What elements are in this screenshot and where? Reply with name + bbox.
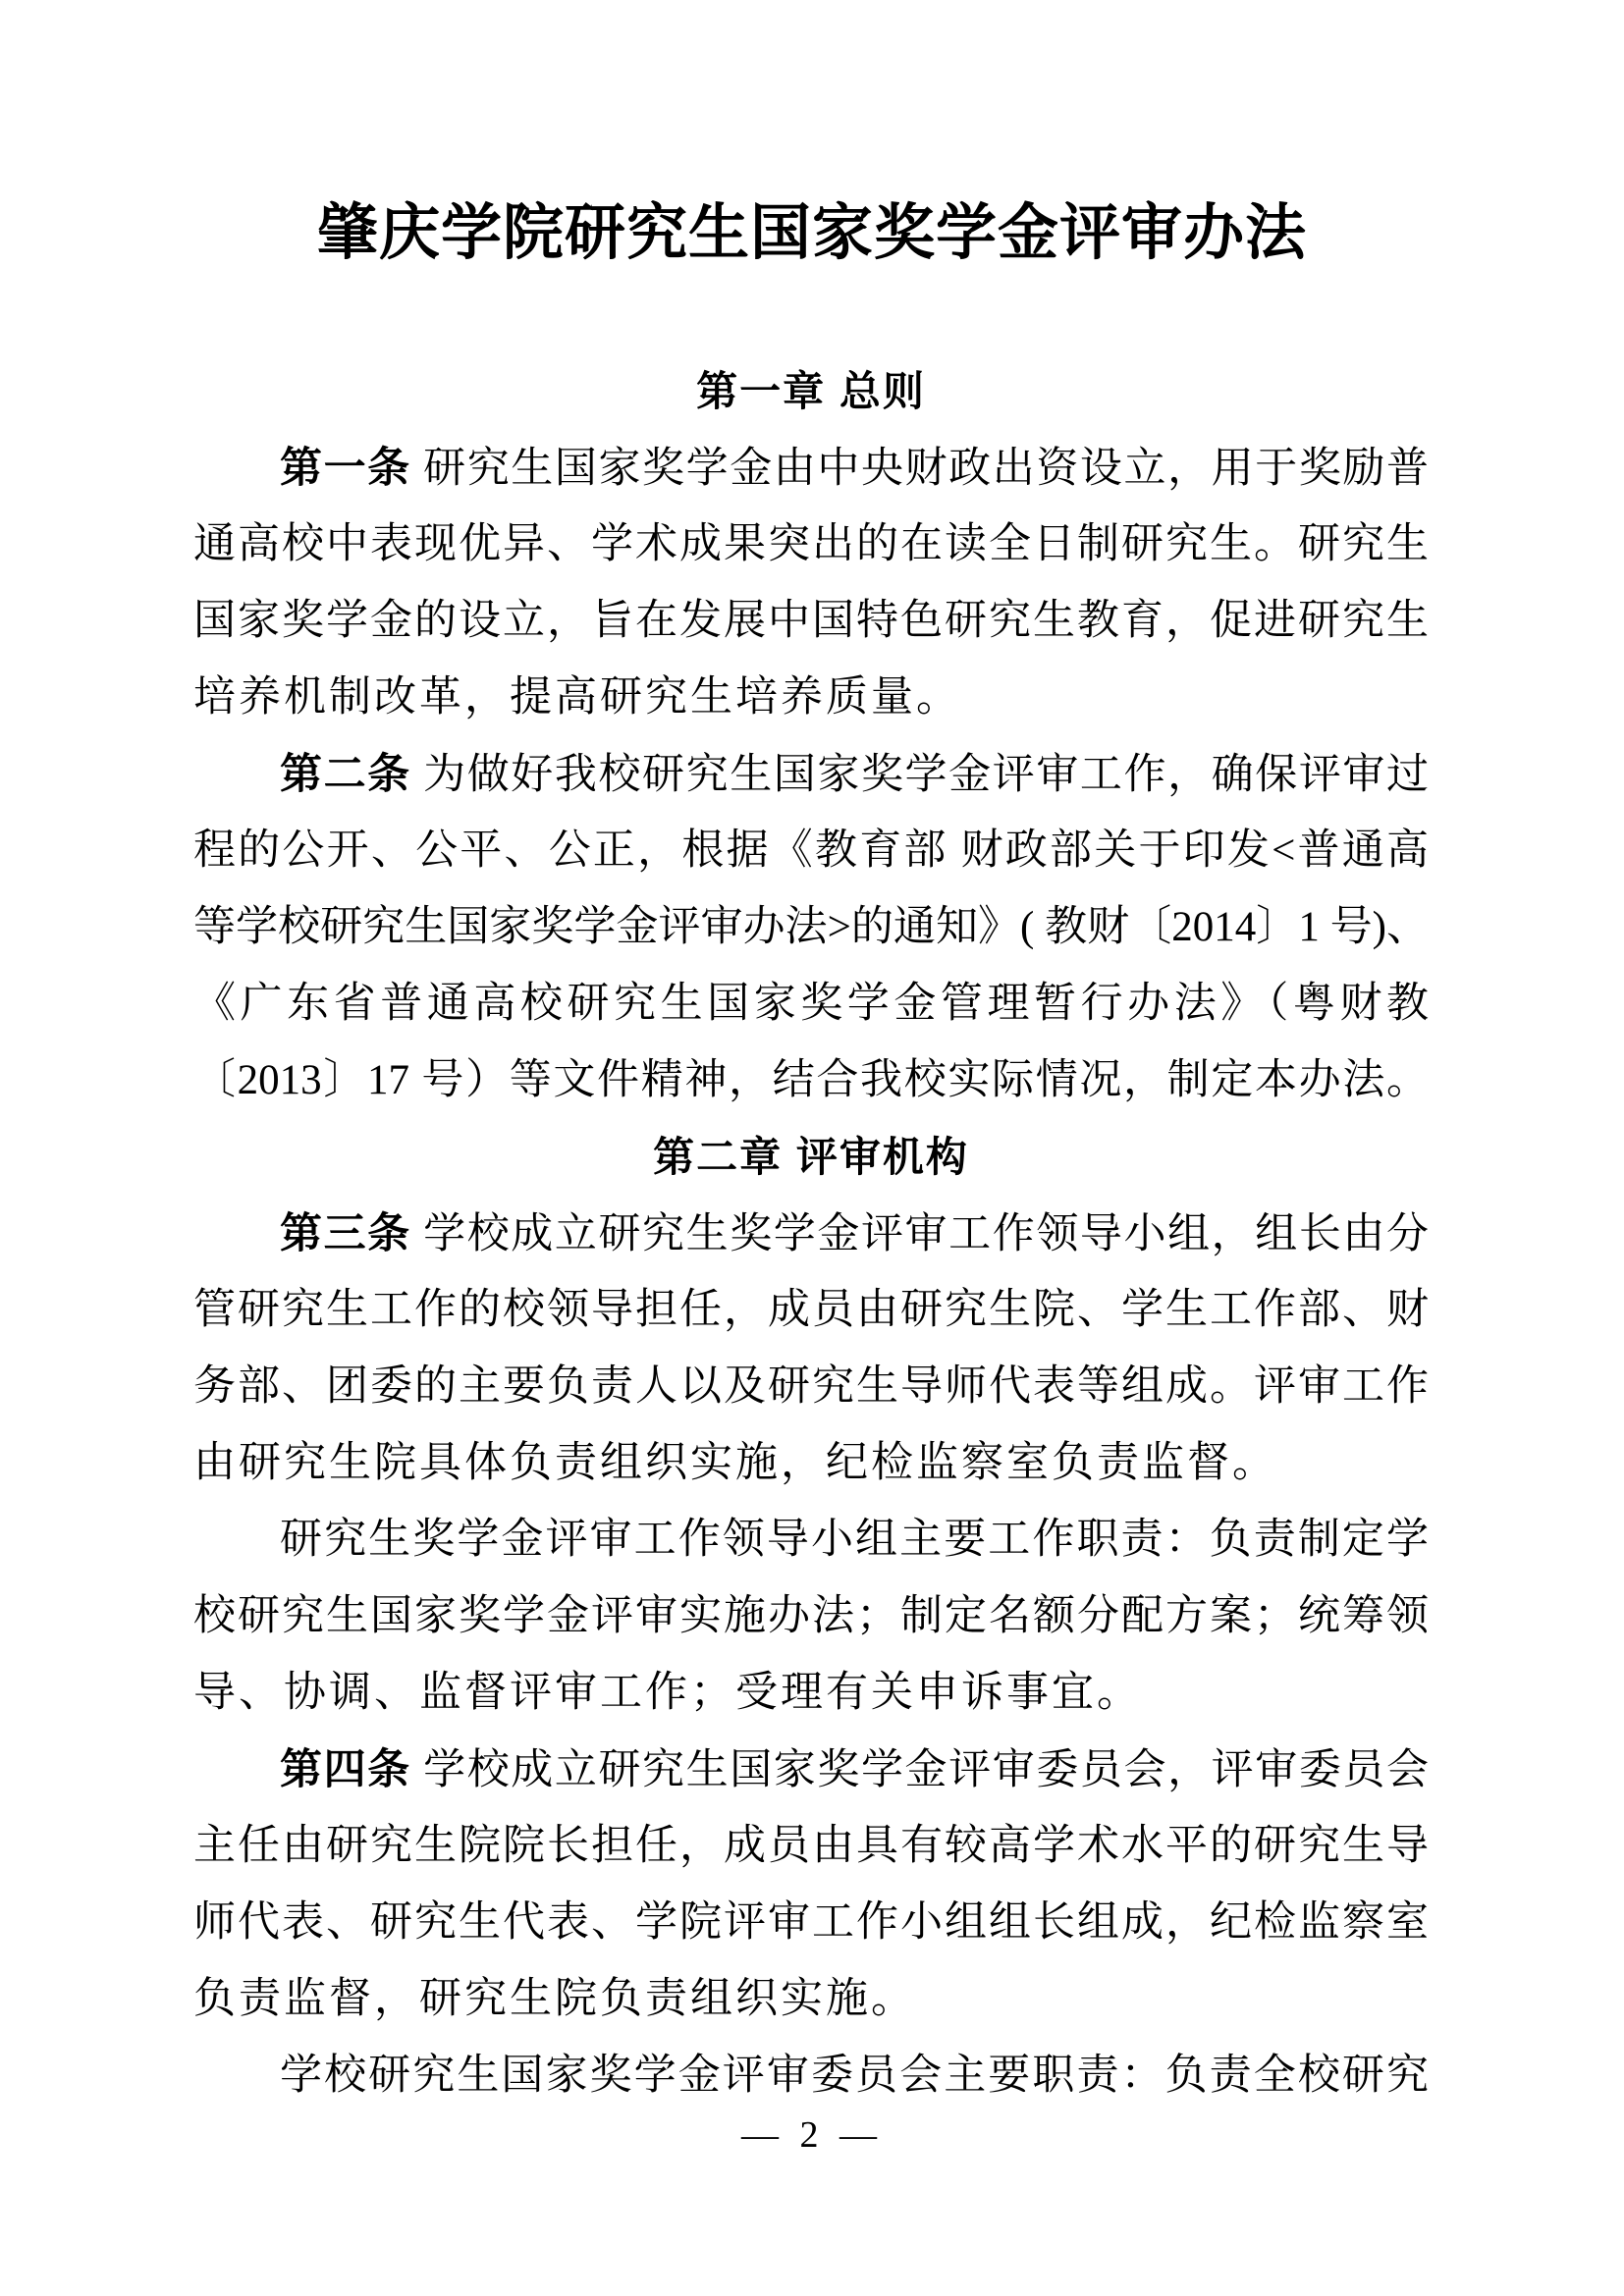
line-text: 校研究生国家奖学金评审实施办法；制定名额分配方案；统筹领 xyxy=(193,1593,1429,1639)
line-text: 《广东省普通高校研究生国家奖学金管理暂行办法》（粤财教 xyxy=(193,981,1429,1027)
document-line: 培养机制改革，提高研究生培养质量。 xyxy=(193,660,1429,736)
line-text: 由研究生院具体负责组织实施，纪检监察室负责监督。 xyxy=(193,1440,1277,1486)
line-text: 〔2013〕17 号）等文件精神，结合我校实际情况，制定本办法。 xyxy=(193,1057,1429,1103)
line-text: 管研究生工作的校领导担任，成员由研究生院、学生工作部、财 xyxy=(193,1287,1429,1333)
chapter-heading: 第二章 评审机构 xyxy=(193,1119,1429,1196)
line-text: 程的公开、公平、公正，根据《教育部 财政部关于印发<普通高 xyxy=(193,828,1429,874)
article-number: 第三条 xyxy=(280,1210,411,1257)
line-text: 导、协调、监督评审工作；受理有关申诉事宜。 xyxy=(193,1670,1142,1716)
document-page: 肇庆学院研究生国家奖学金评审办法 第一章 总则第一条 研究生国家奖学金由中央财政… xyxy=(0,0,1624,2296)
document-line: 第四条 学校成立研究生国家奖学金评审委员会，评审委员会 xyxy=(193,1732,1429,1808)
document-line: 第二条 为做好我校研究生国家奖学金评审工作，确保评审过 xyxy=(193,736,1429,813)
line-text: 培养机制改革，提高研究生培养质量。 xyxy=(193,674,961,721)
document-line: 师代表、研究生代表、学院评审工作小组组长组成，纪检监察室 xyxy=(193,1885,1429,1961)
document-line: 通高校中表现优异、学术成果突出的在读全日制研究生。研究生 xyxy=(193,507,1429,583)
document-line: 负责监督，研究生院负责组织实施。 xyxy=(193,1961,1429,2038)
document-line: 主任由研究生院院长担任，成员由具有较高学术水平的研究生导 xyxy=(193,1808,1429,1885)
body-text: 第一章 总则第一条 研究生国家奖学金由中央财政出资设立，用于奖励普通高校中表现优… xyxy=(193,353,1429,2114)
document-line: 第一条 研究生国家奖学金由中央财政出资设立，用于奖励普 xyxy=(193,430,1429,507)
line-text: 国家奖学金的设立，旨在发展中国特色研究生教育，促进研究生 xyxy=(193,598,1429,644)
line-text: 等学校研究生国家奖学金评审办法>的通知》( 教财〔2014〕1 号)、 xyxy=(193,904,1429,950)
document-line: 由研究生院具体负责组织实施，纪检监察室负责监督。 xyxy=(193,1425,1429,1502)
document-line: 导、协调、监督评审工作；受理有关申诉事宜。 xyxy=(193,1655,1429,1732)
document-line: 《广东省普通高校研究生国家奖学金管理暂行办法》（粤财教 xyxy=(193,966,1429,1042)
line-text: 务部、团委的主要负责人以及研究生导师代表等组成。评审工作 xyxy=(193,1363,1429,1410)
document-line: 研究生奖学金评审工作领导小组主要工作职责：负责制定学 xyxy=(193,1502,1429,1578)
line-text: 研究生奖学金评审工作领导小组主要工作职责：负责制定学 xyxy=(280,1517,1429,1563)
document-line: 校研究生国家奖学金评审实施办法；制定名额分配方案；统筹领 xyxy=(193,1578,1429,1655)
line-text: 师代表、研究生代表、学院评审工作小组组长组成，纪检监察室 xyxy=(193,1899,1429,1946)
line-text: 学校研究生国家奖学金评审委员会主要职责：负责全校研究 xyxy=(280,2053,1429,2099)
article-number: 第一条 xyxy=(280,445,411,492)
line-text: 主任由研究生院院长担任，成员由具有较高学术水平的研究生导 xyxy=(193,1823,1429,1869)
document-line: 〔2013〕17 号）等文件精神，结合我校实际情况，制定本办法。 xyxy=(193,1042,1429,1119)
line-text: 负责监督，研究生院负责组织实施。 xyxy=(193,1976,916,2022)
document-line: 管研究生工作的校领导担任，成员由研究生院、学生工作部、财 xyxy=(193,1272,1429,1349)
line-text: 通高校中表现优异、学术成果突出的在读全日制研究生。研究生 xyxy=(193,521,1429,567)
document-line: 务部、团委的主要负责人以及研究生导师代表等组成。评审工作 xyxy=(193,1349,1429,1425)
document-line: 国家奖学金的设立，旨在发展中国特色研究生教育，促进研究生 xyxy=(193,583,1429,660)
line-text: 研究生国家奖学金由中央财政出资设立，用于奖励普 xyxy=(411,446,1429,492)
page-title: 肇庆学院研究生国家奖学金评审办法 xyxy=(0,192,1624,275)
document-line: 第三条 学校成立研究生奖学金评审工作领导小组，组长由分 xyxy=(193,1196,1429,1272)
line-text: 学校成立研究生国家奖学金评审委员会，评审委员会 xyxy=(411,1747,1429,1793)
article-number: 第四条 xyxy=(280,1746,411,1793)
line-text: 学校成立研究生奖学金评审工作领导小组，组长由分 xyxy=(411,1211,1429,1257)
line-text: 为做好我校研究生国家奖学金评审工作，确保评审过 xyxy=(411,752,1429,798)
page-number: — 2 — xyxy=(0,2097,1624,2173)
document-line: 程的公开、公平、公正，根据《教育部 财政部关于印发<普通高 xyxy=(193,813,1429,889)
chapter-heading: 第一章 总则 xyxy=(193,353,1429,430)
article-number: 第二条 xyxy=(280,751,411,798)
document-line: 等学校研究生国家奖学金评审办法>的通知》( 教财〔2014〕1 号)、 xyxy=(193,889,1429,966)
